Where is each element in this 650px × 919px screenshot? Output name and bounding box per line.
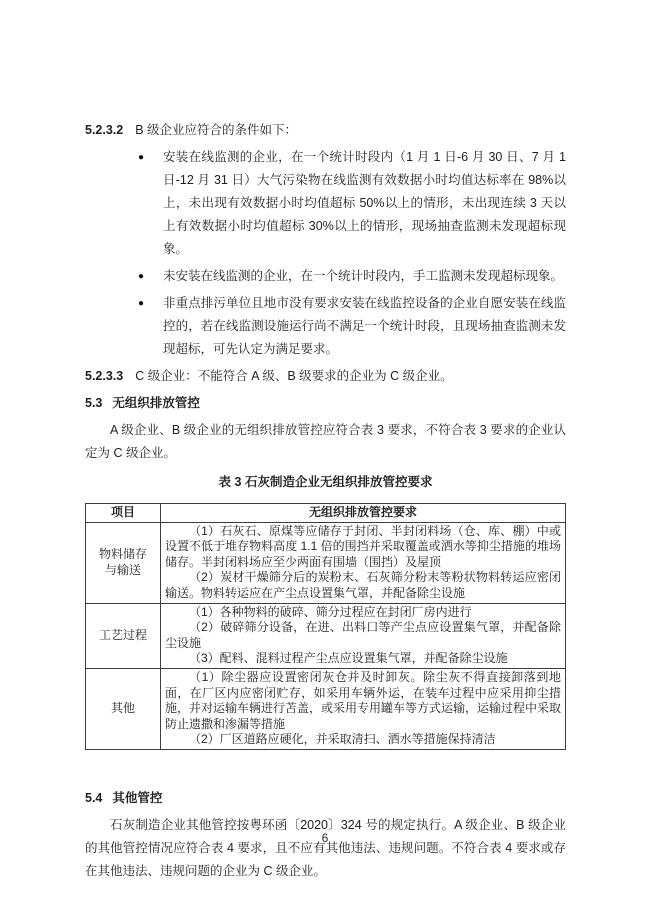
clause-5232-title: B 级企业应符合的条件如下： [135,123,297,137]
clause-5232-heading: 5.2.3.2B 级企业应符合的条件如下： [85,119,566,142]
column-header-requirements: 无组织排放管控要求 [161,504,566,523]
row-label-text: 其他 [111,701,135,717]
clause-5233-number: 5.2.3.3 [85,369,123,383]
requirement-text: （2）厂区道路应硬化，并采取清扫、洒水等措施保持清洁 [165,732,561,748]
row-label: 物料储存与输送 [86,522,161,603]
table3: 项目 无组织排放管控要求 物料储存与输送 （1）石灰石、原煤等应储存于封闭、半封… [85,503,566,750]
table-header-row: 项目 无组织排放管控要求 [86,504,566,523]
clause-5233-text: C 级企业：不能符合 A 级、B 级要求的企业为 C 级企业。 [135,369,452,383]
table3-caption: 表 3 石灰制造企业无组织排放管控要求 [85,471,566,494]
list-item: ● 安装在线监测的企业，在一个统计时段内（1 月 1 日-6 月 30 日、7 … [85,146,566,261]
row-label-text: 工艺过程 [99,628,147,644]
requirement-text: （3）配料、混料过程产尘点应设置集气罩，并配备除尘设施 [165,651,561,667]
clause-5232-bullet-list: ● 安装在线监测的企业，在一个统计时段内（1 月 1 日-6 月 30 日、7 … [85,146,566,361]
bullet-text: 非重点排污单位且地市没有要求安装在线监控设备的企业自愿安装在线监控的，若在线监测… [163,292,566,361]
section-53-heading: 5.3无组织排放管控 [85,392,566,415]
section-54-number: 5.4 [85,791,102,805]
page-number: 6 [0,831,650,845]
bullet-text: 未安装在线监测的企业，在一个统计时段内，手工监测未发现超标现象。 [163,265,566,288]
column-header-item: 项目 [86,504,161,523]
row-label: 其他 [86,668,161,749]
section-53-number: 5.3 [85,396,102,410]
clause-5233-heading: 5.2.3.3C 级企业：不能符合 A 级、B 级要求的企业为 C 级企业。 [85,365,566,388]
section-54-heading: 5.4其他管控 [85,787,566,810]
row-requirements: （1）各种物料的破碎、筛分过程应在封闭厂房内进行 （2）破碎筛分设备，在进、出料… [161,603,566,668]
requirement-text: （2）破碎筛分设备，在进、出料口等产尘点应设置集气罩，并配备除尘设施 [165,620,561,651]
row-label: 工艺过程 [86,603,161,668]
section-54-paragraph: 石灰制造企业其他管控按粤环函〔2020〕324 号的规定执行。A 级企业、B 级… [85,814,566,883]
bullet-icon: ● [138,265,163,288]
section-54-title: 其他管控 [112,791,162,805]
row-requirements: （1）除尘器应设置密闭灰仓并及时卸灰。除尘灰不得直接卸落到地面，在厂区内应密闭贮… [161,668,566,749]
bullet-icon: ● [138,292,163,361]
bullet-text: 安装在线监测的企业，在一个统计时段内（1 月 1 日-6 月 30 日、7 月 … [163,146,566,261]
list-item: ● 非重点排污单位且地市没有要求安装在线监控设备的企业自愿安装在线监控的，若在线… [85,292,566,361]
table-row: 物料储存与输送 （1）石灰石、原煤等应储存于封闭、半封闭料场（仓、库、棚）中或设… [86,522,566,603]
requirement-text: （1）除尘器应设置密闭灰仓并及时卸灰。除尘灰不得直接卸落到地面，在厂区内应密闭贮… [165,670,561,732]
table-row: 其他 （1）除尘器应设置密闭灰仓并及时卸灰。除尘灰不得直接卸落到地面，在厂区内应… [86,668,566,749]
requirement-text: （1）石灰石、原煤等应储存于封闭、半封闭料场（仓、库、棚）中或设置不低于堆存物料… [165,524,561,571]
requirement-text: （1）各种物料的破碎、筛分过程应在封闭厂房内进行 [165,605,561,621]
clause-5232-number: 5.2.3.2 [85,123,123,137]
list-item: ● 未安装在线监测的企业，在一个统计时段内，手工监测未发现超标现象。 [85,265,566,288]
table-row: 工艺过程 （1）各种物料的破碎、筛分过程应在封闭厂房内进行 （2）破碎筛分设备，… [86,603,566,668]
page-content: 5.2.3.2B 级企业应符合的条件如下： ● 安装在线监测的企业，在一个统计时… [85,119,566,883]
bullet-icon: ● [138,146,163,261]
row-label-text: 物料储存与输送 [96,547,150,578]
section-53-title: 无组织排放管控 [112,396,200,410]
document-page: 5.2.3.2B 级企业应符合的条件如下： ● 安装在线监测的企业，在一个统计时… [0,0,650,919]
row-requirements: （1）石灰石、原煤等应储存于封闭、半封闭料场（仓、库、棚）中或设置不低于堆存物料… [161,522,566,603]
section-53-paragraph: A 级企业、B 级企业的无组织排放管控应符合表 3 要求，不符合表 3 要求的企… [85,419,566,465]
requirement-text: （2）炭材干燥筛分后的炭粉末、石灰筛分粉末等粉状物料转运应密闭输送。物料转运应在… [165,570,561,601]
